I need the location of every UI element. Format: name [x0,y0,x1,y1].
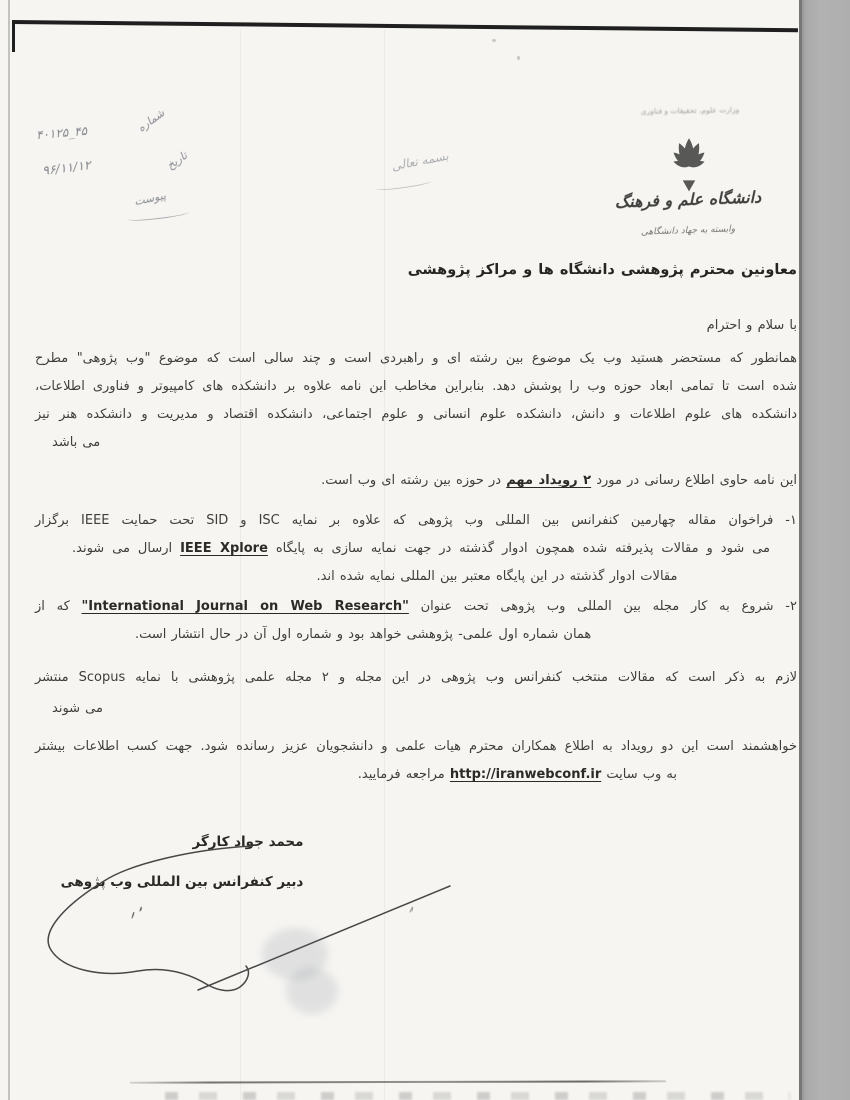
scanner-background-strip [800,0,850,1100]
item1-line1: ۱- فراخوان مقاله چهارمین کنفرانس بین الم… [35,511,797,531]
university-logo-flower-icon [644,118,734,196]
journal-title-emphasis: "International Journal on Web Research" [82,599,409,614]
item1-line3: مقالات ادوار گذشته در این پایگاه معتبر ب… [197,567,797,587]
handwritten-signature [20,820,480,1020]
registry-number-label: شماره [135,106,167,134]
paragraph-scopus-lastline: می شوند [35,699,797,719]
paragraph-intro-lastline: می باشد [35,433,797,453]
scan-speck [492,39,496,42]
item2-line2: همان شماره اول علمی- پژوهشی خواهد بود و … [35,625,797,645]
page-right-edge [799,0,802,1100]
letterhead-ministry-line: وزارت علوم، تحقیقات و فناوری [612,105,768,117]
scanned-letter-page: وزارت علوم، تحقیقات و فناوری دانشگاه علم… [0,0,850,1100]
scan-top-corner-mark [12,22,15,52]
item1-line2: می شود و مقالات پذیرفته شده همچون ادوار … [35,539,797,559]
website-text: به وب سایت [601,767,677,782]
paragraph-scopus-line: لازم به ذکر است که مقالات منتخب کنفرانس … [35,668,797,688]
besmellah-handwriting: بسمه تعالی [372,145,469,177]
item2-text: که از [35,599,82,614]
item1-text: می شود و مقالات پذیرفته شده همچون ادوار … [268,541,770,556]
item2-line1: ۲- شروع به کار مجله بین المللی وب پژوهی … [35,597,797,617]
handwritten-flourish [128,209,190,222]
paragraph-request-line: خواهشمند است این دو رویداد به اطلاع همکا… [35,737,797,757]
footer-cutoff-text-smudge [165,1092,790,1100]
announcement-text: این نامه حاوی اطلاع رسانی در مورد [591,473,797,488]
page-left-edge-line [8,0,10,1100]
website-text: مراجعه فرمایید. [358,767,450,782]
conference-website-link: http://iranwebconf.ir [450,767,601,782]
announcement-line: این نامه حاوی اطلاع رسانی در مورد ۲ روید… [35,471,797,491]
letter-title: معاونین محترم پژوهشی دانشگاه ها و مراکز … [35,260,797,280]
letter-salutation: با سلام و احترام [35,316,797,336]
paragraph-intro-line: شده است تا تمامی ابعاد حوزه وب را پوشش د… [35,377,797,397]
paragraph-intro-line: همانطور که مستحضر هستید وب یک موضوع بین … [35,349,797,369]
scan-top-border-line [12,20,798,32]
registry-number-value: ۴۵_۴۰۱۲۵ [35,124,87,142]
announcement-text: در حوزه بین رشته ای وب است. [321,473,506,488]
footer-divider-line [130,1080,666,1083]
website-line: به وب سایت http://iranwebconf.ir مراجعه … [35,765,797,785]
item2-text: ۲- شروع به کار مجله بین المللی وب پژوهی … [409,599,797,614]
university-name-calligraphy: دانشگاه علم و فرهنگ [606,187,771,212]
stamp-ghost-smudge [286,968,338,1014]
two-important-events-emphasis: ۲ رویداد مهم [506,473,591,488]
letterhead-affiliation: وابسته به جهاد دانشگاهی [626,224,750,238]
registry-date-label: تاریخ [164,149,189,172]
ieee-xplore-emphasis: IEEE Xplore [180,541,268,556]
registry-date-value: ۹۶/۱۱/۱۲ [41,157,91,178]
paragraph-intro-line: دانشکده های علوم اطلاعات و دانش، دانشکده… [35,405,797,425]
scan-speck [517,56,520,60]
item1-text: ارسال می شوند. [72,541,180,556]
registry-attachment-label: پیوست [133,189,167,208]
